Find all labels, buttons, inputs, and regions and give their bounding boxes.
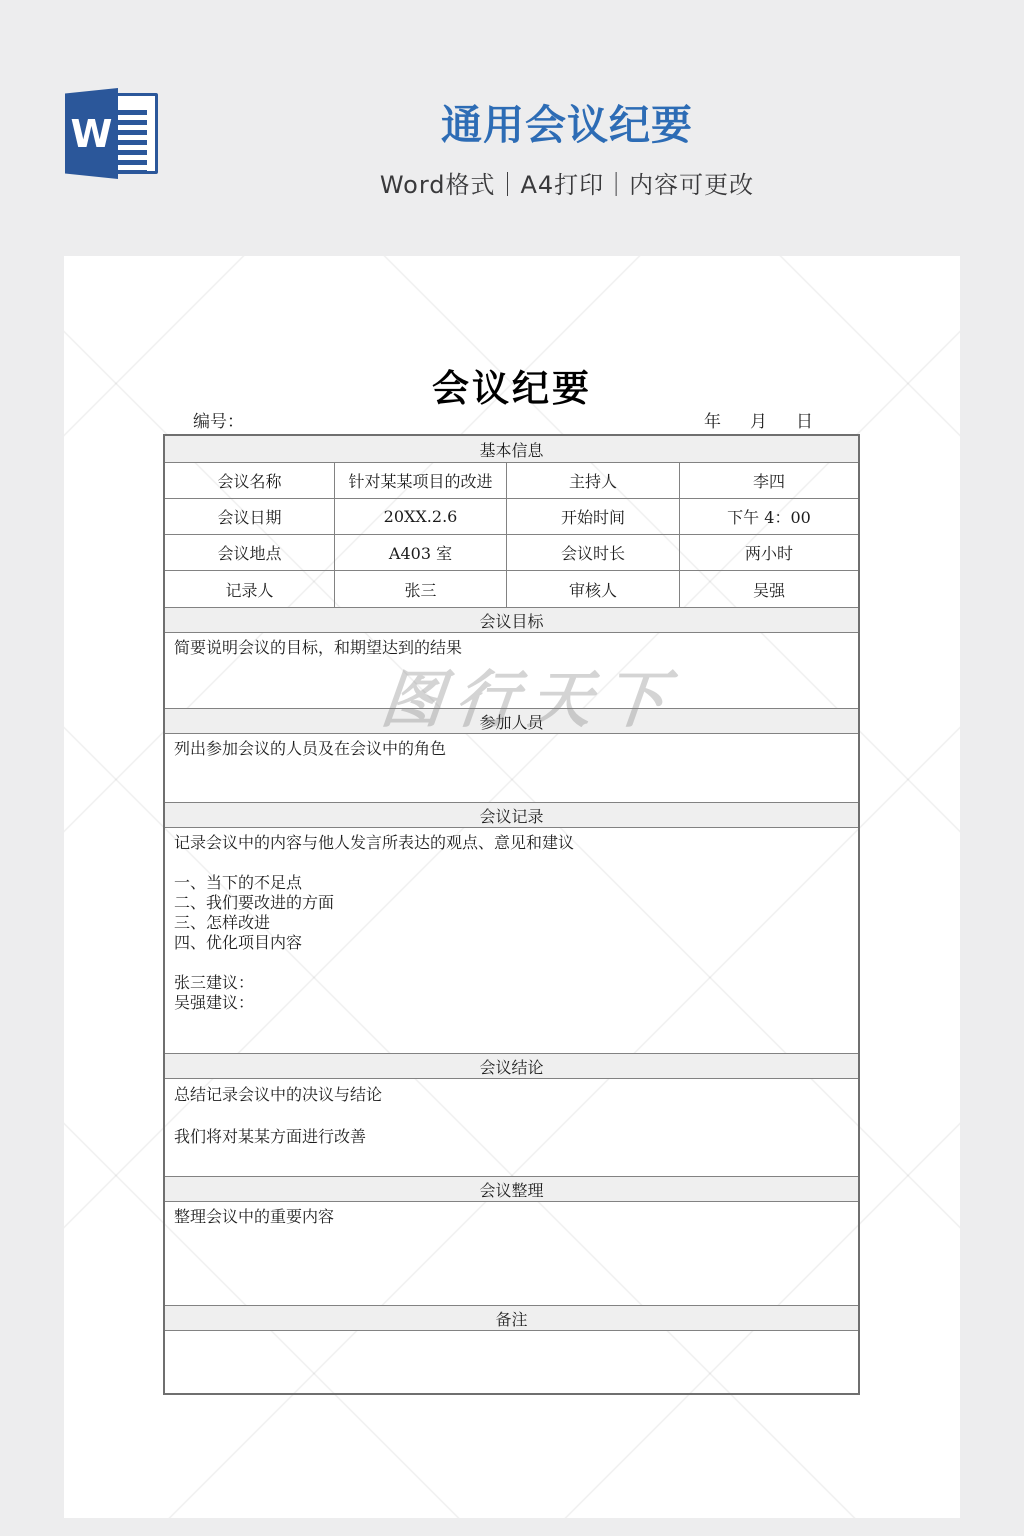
value-reviewer: 吴强 xyxy=(680,571,858,607)
record-line: 记录会议中的内容与他人发言所表达的观点、意见和建议 xyxy=(174,833,849,853)
section-header-basic-info: 基本信息 xyxy=(165,436,858,463)
template-banner: W 通用会议纪要 Word格式｜A4打印｜内容可更改 xyxy=(0,0,1024,256)
value-meeting-date: 20XX.2.6 xyxy=(335,499,507,535)
participants-line: 列出参加会议的人员及在会议中的角色 xyxy=(174,739,849,759)
date-labels: 年 月 日 xyxy=(704,407,860,432)
section-header-conclusion: 会议结论 xyxy=(165,1053,858,1079)
template-title: 通用会议纪要 xyxy=(110,92,1024,151)
conclusion-line: 总结记录会议中的决议与结论 xyxy=(174,1084,849,1105)
remark-content xyxy=(165,1331,858,1393)
record-line xyxy=(174,853,849,873)
section-header-participants: 参加人员 xyxy=(165,708,858,734)
document-page: 会议纪要 编号： 年 月 日 基本信息 会议名称 针对某某项目的改进 主持人 李… xyxy=(64,256,960,1518)
record-line: 四、优化项目内容 xyxy=(174,933,849,953)
meta-row: 编号： 年 月 日 xyxy=(163,406,860,432)
record-line: 吴强建议： xyxy=(174,993,849,1013)
goal-line: 简要说明会议的目标，和期望达到的结果 xyxy=(174,638,849,658)
year-label: 年 xyxy=(704,407,721,432)
section-header-organize: 会议整理 xyxy=(165,1176,858,1202)
record-content: 记录会议中的内容与他人发言所表达的观点、意见和建议 一、当下的不足点 二、我们要… xyxy=(165,828,858,1053)
value-meeting-place: A403 室 xyxy=(335,535,507,571)
banner-text: 通用会议纪要 Word格式｜A4打印｜内容可更改 xyxy=(110,92,1024,200)
month-label: 月 xyxy=(750,407,767,432)
value-host: 李四 xyxy=(680,463,858,499)
label-reviewer: 审核人 xyxy=(507,571,680,607)
template-subtitle: Word格式｜A4打印｜内容可更改 xyxy=(110,165,1024,200)
minutes-table: 基本信息 会议名称 针对某某项目的改进 主持人 李四 会议日期 20XX.2.6… xyxy=(163,434,860,1395)
conclusion-line xyxy=(174,1105,849,1126)
section-header-record: 会议记录 xyxy=(165,802,858,828)
goal-content: 简要说明会议的目标，和期望达到的结果 xyxy=(165,633,858,708)
value-start-time: 下午 4：00 xyxy=(680,499,858,535)
conclusion-content: 总结记录会议中的决议与结论 我们将对某某方面进行改善 xyxy=(165,1079,858,1176)
record-line: 张三建议： xyxy=(174,973,849,993)
remark-line xyxy=(174,1336,849,1356)
label-recorder: 记录人 xyxy=(165,571,335,607)
record-line: 三、怎样改进 xyxy=(174,913,849,933)
day-label: 日 xyxy=(796,407,813,432)
organize-content: 整理会议中的重要内容 xyxy=(165,1202,858,1305)
value-meeting-name: 针对某某项目的改进 xyxy=(335,463,507,499)
value-duration: 两小时 xyxy=(680,535,858,571)
document-title: 会议纪要 xyxy=(64,358,960,412)
label-meeting-place: 会议地点 xyxy=(165,535,335,571)
participants-content: 列出参加会议的人员及在会议中的角色 xyxy=(165,734,858,802)
table-row: 会议名称 针对某某项目的改进 主持人 李四 xyxy=(165,463,858,499)
section-header-remark: 备注 xyxy=(165,1305,858,1331)
table-row: 会议地点 A403 室 会议时长 两小时 xyxy=(165,535,858,571)
organize-line: 整理会议中的重要内容 xyxy=(174,1207,849,1227)
word-letter: W xyxy=(71,115,113,153)
record-line: 一、当下的不足点 xyxy=(174,873,849,893)
table-row: 记录人 张三 审核人 吴强 xyxy=(165,571,858,607)
label-meeting-name: 会议名称 xyxy=(165,463,335,499)
label-host: 主持人 xyxy=(507,463,680,499)
label-meeting-date: 会议日期 xyxy=(165,499,335,535)
record-line: 二、我们要改进的方面 xyxy=(174,893,849,913)
label-duration: 会议时长 xyxy=(507,535,680,571)
number-label: 编号： xyxy=(163,407,244,432)
section-header-goal: 会议目标 xyxy=(165,607,858,633)
conclusion-line: 我们将对某某方面进行改善 xyxy=(174,1126,849,1147)
value-recorder: 张三 xyxy=(335,571,507,607)
record-line xyxy=(174,953,849,973)
label-start-time: 开始时间 xyxy=(507,499,680,535)
table-row: 会议日期 20XX.2.6 开始时间 下午 4：00 xyxy=(165,499,858,535)
